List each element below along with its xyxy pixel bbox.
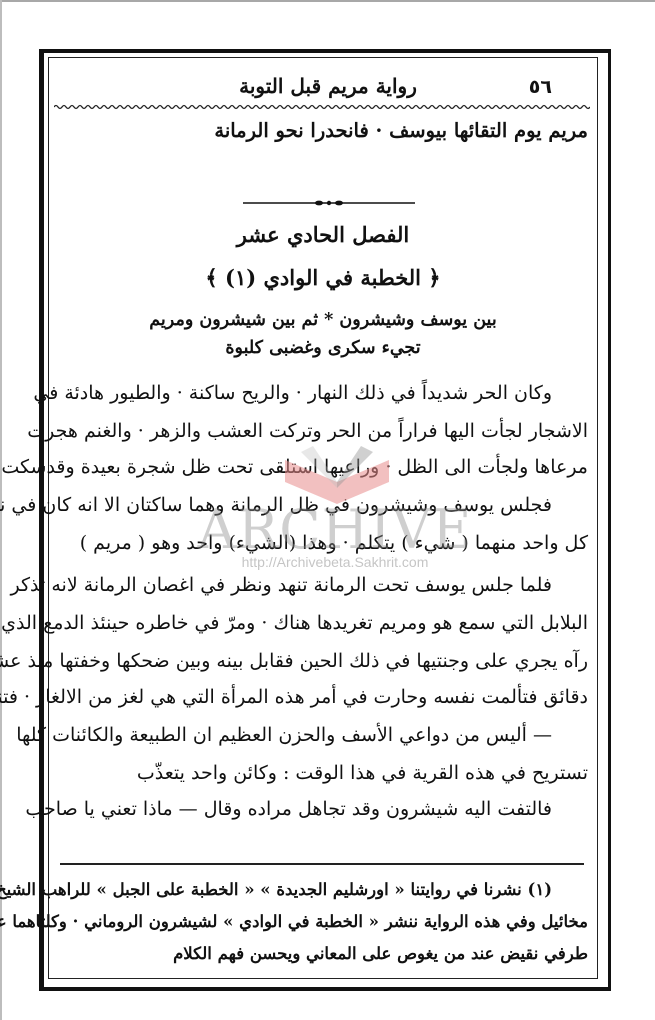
body-line: وكان الحر شديداً في ذلك النهار · والريح … [58,378,588,408]
body-line: فجلس يوسف وشيشرون في ظل الرمانة وهما ساك… [58,490,588,520]
page-header: ٥٦ رواية مريم قبل التوبة [50,68,596,108]
chapter-title: الفصل الحادي عشر [50,222,596,247]
body-line: البلابل التي سمع هو ومريم تغريدها هناك ·… [58,608,588,638]
footnote-line: (١) نشرنا في روايتنا « اورشليم الجديدة »… [58,880,588,899]
carryover-line: مريم يوم التقائها بيوسف · فانحدرا نحو ال… [58,116,588,146]
body-line: الاشجار لجأت اليها فراراً من الحر وتركت … [58,416,588,446]
scanned-page: ٥٦ رواية مريم قبل التوبة مريم يوم التقائ… [50,60,596,978]
body-line: تستريح في هذه القرية في هذا الوقت : وكائ… [58,758,588,788]
body-line: مرعاها ولجأت الى الظل · وراعيها استلقى ت… [58,452,588,482]
footnote-line: طرفي نقيض عند من يغوص على المعاني ويحسن … [58,944,588,963]
body-line: رآه يجري على وجنتيها في ذلك الحين فقابل … [58,646,588,676]
running-title: رواية مريم قبل التوبة [50,74,596,98]
body-line: كل واحد منهما ( شيء ) يتكلم · وهذا (الشي… [58,528,588,558]
ornamental-rule [243,200,415,206]
wavy-header-rule [54,104,590,110]
chapter-synopsis-line: تجيء سكرى وغضبى كلبوة [50,338,596,358]
body-line: فلما جلس يوسف تحت الرمانة تنهد ونظر في ا… [58,570,588,600]
body-line: دقائق فتألمت نفسه وحارت في أمر هذه المرأ… [58,682,588,712]
body-line: — أليس من دواعي الأسف والحزن العظيم ان ا… [58,720,588,750]
chapter-subtitle: ﴿ الخطبة في الوادي (١) ﴾ [50,265,596,290]
viewer-edge-top [0,0,655,2]
footnote-separator [60,863,584,865]
body-line: فالتفت اليه شيشرون وقد تجاهل مراده وقال … [58,794,588,824]
footnote-line: مخائيل وفي هذه الرواية ننشر « الخطبة في … [58,912,588,931]
chapter-synopsis-line: بين يوسف وشيشرون * ثم بين شيشرون ومريم [50,310,596,330]
